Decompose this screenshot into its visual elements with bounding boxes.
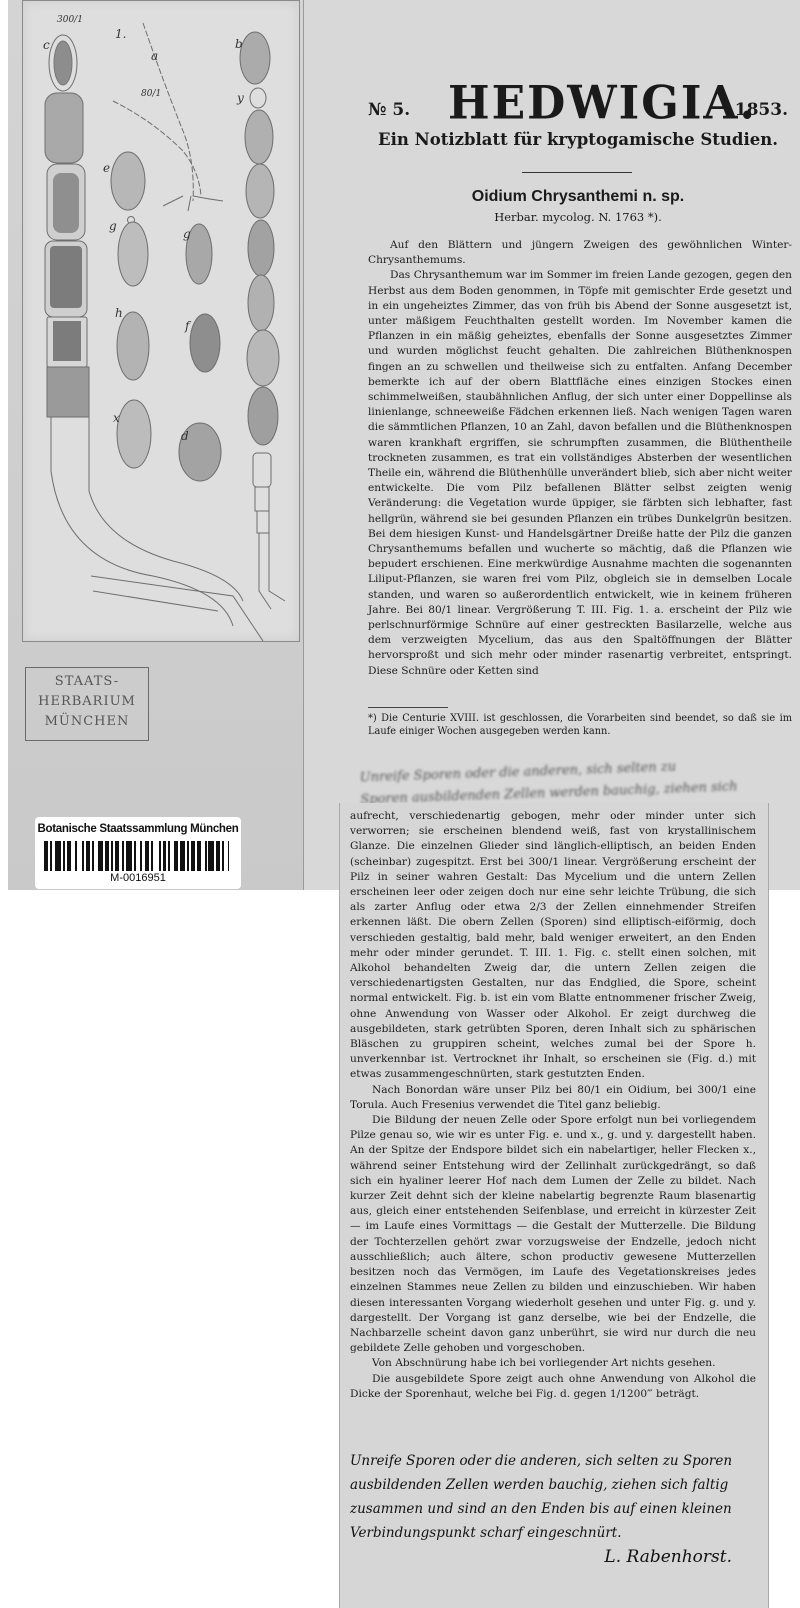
barcode-icon: [44, 841, 232, 871]
figure-label-g-2: g: [183, 227, 191, 241]
paragraph: aufrecht, verschiedenartig gebogen, mehr…: [350, 809, 756, 1083]
figure-label-h: h: [115, 306, 123, 320]
specimen-barcode-label: Botanische Staatssammlung München M-0016…: [35, 817, 241, 889]
paragraph: Die Bildung der neuen Zelle oder Spore e…: [350, 1113, 756, 1356]
magnification-label-c: 300/1: [57, 15, 83, 25]
footnote-divider: [368, 707, 448, 708]
paragraph: Auf den Blättern und jüngern Zweigen des…: [368, 238, 792, 268]
journal-title: HEDWIGIA.: [448, 77, 757, 131]
figure-label-y: y: [237, 91, 244, 105]
stamp-line-2: HERBARIUM: [26, 692, 148, 712]
paragraph: Nach Bonordan wäre unser Pilz bei 80/1 e…: [350, 1083, 756, 1113]
botanical-plate-illustration: 300/1 1. c a 80/1 b y e g g h f x d: [22, 0, 300, 642]
magnification-label-a: 80/1: [141, 89, 161, 99]
issue-number: № 5.: [368, 100, 410, 120]
author-signature: L. Rabenhorst.: [604, 1547, 732, 1567]
printed-page-bottom: aufrecht, verschiedenartig gebogen, mehr…: [339, 803, 769, 1608]
figure-label-b: b: [235, 37, 243, 51]
stamp-line-3: MÜNCHEN: [26, 712, 148, 732]
figure-label-g-1: g: [109, 219, 117, 233]
figure-label-e: e: [103, 161, 110, 175]
handwritten-note: Unreife Sporen oder die anderen, sich se…: [350, 1449, 758, 1545]
title-divider: [522, 172, 632, 173]
article-title: Oidium Chrysanthemi n. sp.: [368, 188, 788, 206]
figure-label-d: d: [181, 429, 189, 443]
article-reference: Herbar. mycolog. N. 1763 *).: [368, 210, 788, 224]
article-body-page-1: Auf den Blättern und jüngern Zweigen des…: [368, 238, 792, 679]
stamp-line-1: STAATS-: [26, 672, 148, 692]
paragraph: Die ausgebildete Spore zeigt auch ohne A…: [350, 1372, 756, 1402]
figure-label-f: f: [185, 319, 189, 333]
figure-label-x: x: [113, 411, 120, 425]
footnote: *) Die Centurie XVIII. ist geschlossen, …: [368, 712, 792, 738]
publication-year: 1853.: [735, 100, 788, 120]
figure-label-c: c: [43, 38, 50, 52]
article-body-page-2: aufrecht, verschiedenartig gebogen, mehr…: [350, 809, 756, 1402]
specimen-id: M-0016951: [35, 872, 241, 884]
figure-label-a: a: [151, 49, 158, 63]
figure-number-label: 1.: [115, 27, 126, 41]
institution-name: Botanische Staatssammlung München: [35, 823, 241, 835]
paragraph: Von Abschnürung habe ich bei vorliegende…: [350, 1356, 756, 1371]
journal-subtitle: Ein Notizblatt für kryptogamische Studie…: [368, 130, 788, 149]
paragraph: Das Chrysanthemum war im Sommer im freie…: [368, 268, 792, 678]
herbarium-stamp: STAATS- HERBARIUM MÜNCHEN: [25, 667, 149, 741]
